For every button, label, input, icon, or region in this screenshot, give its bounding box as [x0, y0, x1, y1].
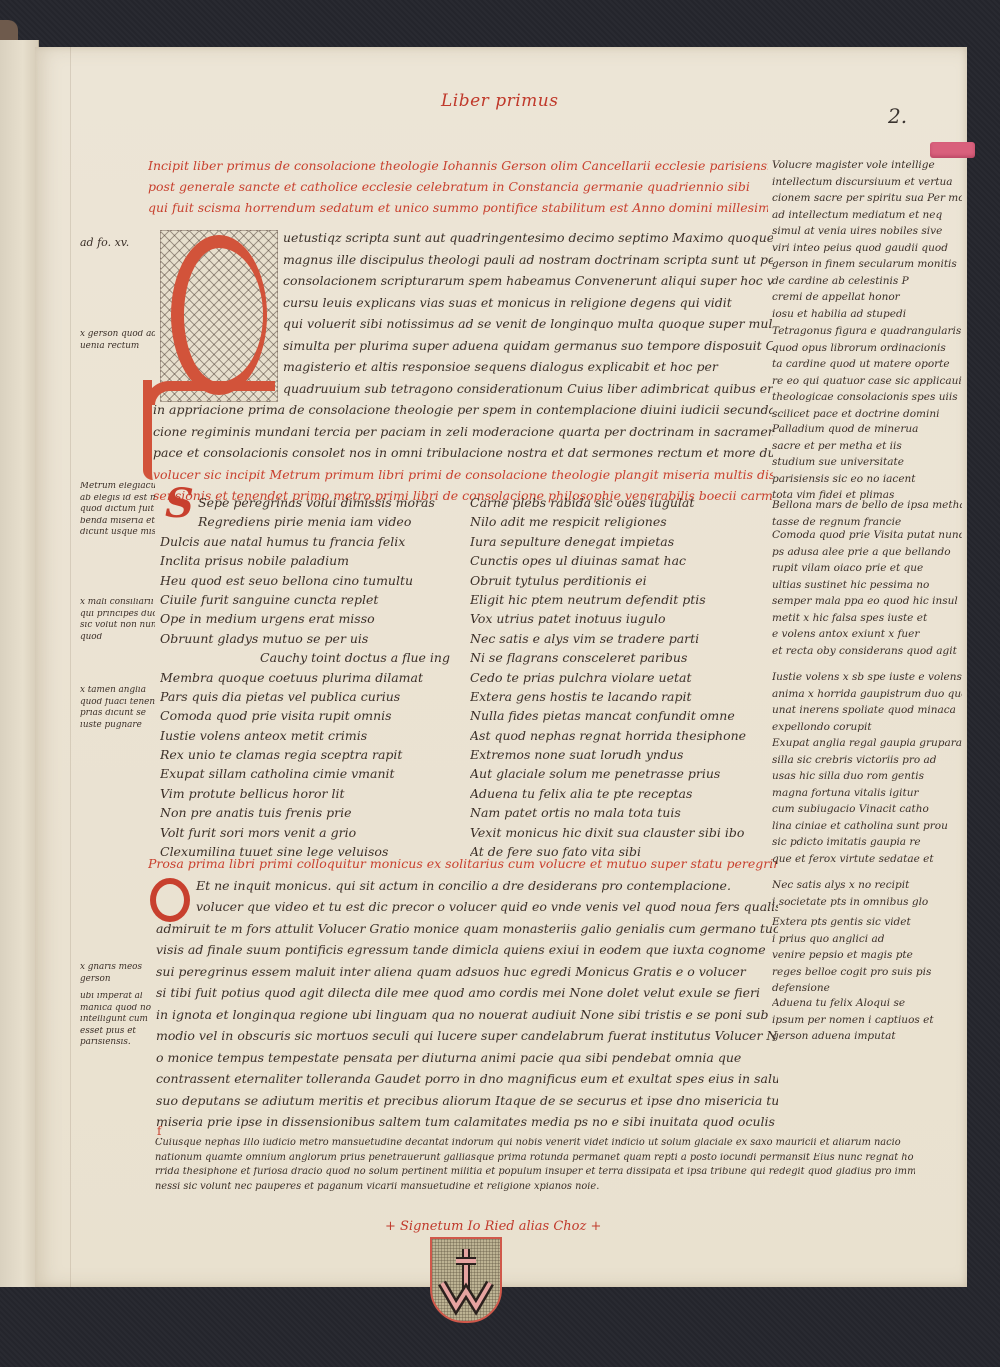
- margin-note-line: theologicae consolacionis spes uiis: [772, 392, 962, 409]
- verse-line: Iura sepulture denegat impietas: [470, 536, 770, 555]
- incipit-line: Incipit liber primus de consolacione the…: [148, 160, 768, 181]
- verse-line: Comoda quod prie visita rupit omnis: [160, 710, 450, 729]
- prosa-line: sui peregrinus essem maluit inter aliena…: [148, 966, 778, 988]
- verse-line: Obruunt gladys mutuo se per uis: [160, 633, 450, 652]
- margin-note-line: metit x hic falsa spes iuste et: [772, 613, 962, 630]
- verse-line: Exupat sillam catholina cimie vmanit: [160, 768, 450, 787]
- verse-line: Ciuile furit sanguine cuncta replet: [160, 594, 450, 613]
- margin-note-right: Extera pts gentis sic videt i prius quo …: [772, 917, 962, 1000]
- margin-note-line: iuste pugnare: [80, 721, 155, 733]
- margin-note-line: ad fo. xv.: [80, 237, 155, 249]
- margin-note-line: scilicet pace et doctrine domini: [772, 409, 962, 426]
- margin-note-line: quod fuaci tenent: [80, 698, 155, 710]
- prosa-line: si tibi fuit potius quod agit dilecta di…: [148, 987, 778, 1009]
- margin-note-line: Tetragonus figura e quadrangularis: [772, 326, 962, 343]
- margin-note-line: Comoda quod prie Visita putat nunc: [772, 530, 962, 547]
- prologue-line: uetustiqz scripta sunt aut quadringentes…: [283, 232, 773, 254]
- margin-note-right: Comoda quod prie Visita putat nunc ps ad…: [772, 530, 962, 662]
- margin-note-line: Bellona mars de bello de ipsa methaphas: [772, 500, 962, 517]
- margin-note-right: Bellona mars de bello de ipsa methaphas …: [772, 500, 962, 533]
- incipit-line: post generale sancte et catholice eccles…: [148, 181, 768, 202]
- margin-note-line: x gerson quod ad: [80, 330, 155, 342]
- prosa-line: admiruit te m fors attulit Volucer Grati…: [148, 923, 778, 945]
- bottom-gloss: Cuiusque nephas Illo iudicio metro mansu…: [155, 1138, 915, 1196]
- prosa-line: o monice tempus tempestate pensata per d…: [148, 1052, 778, 1074]
- margin-note-line: viri inteo peius quod gaudii quod: [772, 243, 962, 260]
- margin-note-left: x gerson quod ad uenia rectum: [80, 330, 155, 353]
- prosa-heading: Prosa prima libri primi colloquitur moni…: [148, 858, 778, 880]
- margin-note-line: Extera pts gentis sic videt: [772, 917, 962, 934]
- margin-note-line: ta cardine quod ut matere oporte: [772, 359, 962, 376]
- verse-line: Heu quod est seuo bellona cino tumultu: [160, 575, 450, 594]
- margin-note-line: quod dictum fuit pecest =: [80, 505, 155, 517]
- verse-line: Nam patet ortis no mala tota tuis: [470, 807, 770, 826]
- gloss-line: nationum quamte omnium anglorum prius pe…: [155, 1153, 915, 1168]
- margin-note-line: Nec satis alys x no recipit: [772, 880, 962, 897]
- verse-line: Ast quod nephas regnat horrida thesiphon…: [470, 730, 770, 749]
- verse-line: Ni se flagrans consceleret paribus: [470, 652, 770, 671]
- prologue-line: in appriacione prima de consolacione the…: [153, 404, 773, 426]
- verse-line: Nilo adit me respicit religiones: [470, 516, 770, 535]
- prologue-line: magnus ille discipulus theologi pauli ad…: [283, 254, 773, 276]
- prosa-line: modio vel in obscuris sic mortuos seculi…: [148, 1030, 778, 1052]
- verse-line: Aduena tu felix alia te pte receptas: [470, 788, 770, 807]
- margin-note-left: Metrum elegiacum ab elegis id est misia …: [80, 482, 155, 540]
- prosa-line: miseria prie ipse in dissensionibus salt…: [148, 1116, 778, 1138]
- margin-note-line: cum subiugacio Vinacit catho: [772, 804, 962, 821]
- margin-note-line: silla sic crebris victoriis pro ad: [772, 755, 962, 772]
- coat-of-arms-shield-icon: [430, 1237, 502, 1323]
- margin-note-line: benda miseria et io: [80, 517, 155, 529]
- margin-note-line: ipsum per nomen i captiuos et: [772, 1015, 962, 1032]
- margin-note-line: parisiensis sic eo no iacent: [772, 474, 962, 491]
- margin-note-line: unat inerens spoliate quod minaca: [772, 705, 962, 722]
- prologue-line: quadruuium sub tetragono considerationum…: [283, 383, 773, 405]
- margin-note-line: intellectum discursiuum et vertua: [772, 177, 962, 194]
- margin-note-line: i societate pts in omnibus glo: [772, 897, 962, 914]
- margin-note-right: Aduena tu felix Aloqui se ipsum per nome…: [772, 998, 962, 1048]
- margin-note-line: Palladium quod de minerua: [772, 424, 962, 441]
- incipit-rubric: Incipit liber primus de consolacione the…: [148, 160, 768, 223]
- verse-line: Cedo te prias pulchra violare uetat: [470, 672, 770, 691]
- verse-line: Volt furit sori mors venit a grio: [160, 827, 450, 846]
- margin-note-line: Metrum elegiacum: [80, 482, 155, 494]
- margin-note-line: ubi imperat al: [80, 992, 155, 1004]
- gloss-line: Cuiusque nephas Illo iudicio metro mansu…: [155, 1138, 915, 1153]
- verse-line: Rex unio te clamas regia sceptra rapit: [160, 749, 450, 768]
- margin-note-line: sacre et per metha et iis: [772, 441, 962, 458]
- prosa-line: volucer que video et tu est dic precor o…: [148, 901, 778, 923]
- prologue-line: consolacionem scripturarum spem habeamus…: [283, 275, 773, 297]
- margin-note-left: x gnaris meos gerson: [80, 963, 155, 986]
- margin-note-line: gerson aduena imputat: [772, 1031, 962, 1048]
- verse-line: Nec satis e alys vim se tradere parti: [470, 633, 770, 652]
- margin-note-line: quod: [80, 633, 155, 645]
- verse-line: Cauchy toint doctus a flue inguit: [160, 652, 450, 671]
- verse-line: Sepe peregrinas volui dimissis moras: [160, 497, 450, 516]
- margin-note-line: studium sue universitate: [772, 457, 962, 474]
- margin-note-line: x gnaris meos: [80, 963, 155, 975]
- margin-note-line: rupit vilam oiaco prie et que: [772, 563, 962, 580]
- margin-note-right: Volucre magister vole intellige intellec…: [772, 160, 962, 325]
- margin-note-line: cremi de appellat honor: [772, 292, 962, 309]
- verse-line: Ope in medium urgens erat misso: [160, 613, 450, 632]
- gloss-line: rrida thesiphone et furiosa dracio quod …: [155, 1167, 915, 1182]
- verse-line: Inclita prisus nobile paladium: [160, 555, 450, 574]
- margin-note-line: ps adusa alee prie a que bellando: [772, 547, 962, 564]
- margin-note-line: magna fortuna vitalis igitur: [772, 788, 962, 805]
- prologue-line: simulta per plurima super aduena quidam …: [283, 340, 773, 362]
- folio-number: 2.: [888, 104, 907, 128]
- prologue-text: uetustiqz scripta sunt aut quadringentes…: [283, 232, 773, 404]
- page-tab-marker[interactable]: [930, 142, 975, 158]
- margin-note-line: Aduena tu felix Aloqui se: [772, 998, 962, 1015]
- margin-note-line: ultias sustinet hic pessima no: [772, 580, 962, 597]
- margin-note-right: Nec satis alys x no recipit i societate …: [772, 880, 962, 913]
- verse-line: Cunctis opes ul diuinas samat hac: [470, 555, 770, 574]
- gloss-line: nessi sic volunt nec pauperes et paganum…: [155, 1182, 915, 1197]
- margin-note-line: manica quod no: [80, 1004, 155, 1016]
- prologue-line: magisterio et altis responsioe sequens d…: [283, 361, 773, 383]
- margin-note-line: de cardine ab celestinis P: [772, 276, 962, 293]
- margin-note-line: ab elegis id est misia: [80, 494, 155, 506]
- initial-q-bowl: [171, 235, 267, 395]
- margin-note-line: dicunt usque misie: [80, 528, 155, 540]
- margin-note-line: x mali consiliarii: [80, 598, 155, 610]
- margin-note-line: sic pdicto imitatis gaupia re: [772, 837, 962, 854]
- margin-note-line: semper mala ppa eo quod hic insul: [772, 596, 962, 613]
- verse-line: Obruit tytulus perditionis ei: [470, 575, 770, 594]
- verse-line: Vim protute bellicus horor lit: [160, 788, 450, 807]
- verse-line: Extremos none suat lorudh yndus: [470, 749, 770, 768]
- verse-line: Extera gens hostis te lacando rapit: [470, 691, 770, 710]
- incipit-line: qui fuit scisma horrendum sedatum et uni…: [148, 202, 768, 223]
- decorated-initial-q: [160, 230, 278, 402]
- margin-note-line: Iustie volens x sb spe iuste e volens: [772, 672, 962, 689]
- margin-note-line: quod opus librorum ordinacionis: [772, 343, 962, 360]
- verse-line: Dulcis aue natal humus tu francia felix: [160, 536, 450, 555]
- facing-page-edge: [0, 40, 39, 1287]
- verse-line: Nulla fides pietas mancat confundit omne: [470, 710, 770, 729]
- prosa-line: suo deputans se adiutum meritis et preci…: [148, 1095, 778, 1117]
- margin-note-line: Volucre magister vole intellige: [772, 160, 962, 177]
- margin-note-line: i prius quo anglici ad: [772, 934, 962, 951]
- margin-note-line: e volens antox exiunt x fuer: [772, 629, 962, 646]
- margin-note-line: gerson: [80, 975, 155, 987]
- prologue-line: qui voluerit sibi notissimus ad se venit…: [283, 318, 773, 340]
- verse-column-right: Carne plebs rabida sic oues iugulat Nilo…: [470, 497, 770, 865]
- margin-note-line: iosu et habilia ad stupedi: [772, 309, 962, 326]
- margin-note-line: intelligunt cum: [80, 1015, 155, 1027]
- verse-line: Membra quoque coetuus plurima dilamat: [160, 672, 450, 691]
- prosa-text: Prosa prima libri primi colloquitur moni…: [148, 858, 778, 1138]
- verse-line: Vexit monicus hic dixit sua clauster sib…: [470, 827, 770, 846]
- margin-note-line: Exupat anglia regal gaupia gruparas: [772, 738, 962, 755]
- margin-note-line: simul at venia uires nobiles sive: [772, 226, 962, 243]
- margin-note-left: x tamen anglia quod fuaci tenent prias d…: [80, 686, 155, 732]
- verse-line: Pars quis dia pietas vel publica curius: [160, 691, 450, 710]
- verse-line: Carne plebs rabida sic oues iugulat: [470, 497, 770, 516]
- running-head: Liber primus: [441, 91, 558, 111]
- verse-line: Vox utrius patet inotuus iugulo: [470, 613, 770, 632]
- margin-note-line: ad intellectum mediatum et neq: [772, 210, 962, 227]
- margin-note-left: x mali consiliarii qui principes ducunt …: [80, 598, 155, 644]
- margin-note-right: Iustie volens x sb spe iuste e volens an…: [772, 672, 962, 870]
- margin-note-line: lina ciniae et catholina sunt prou: [772, 821, 962, 838]
- margin-note-left: ubi imperat al manica quod no intelligun…: [80, 992, 155, 1050]
- margin-note-line: et recta oby considerans quod agit: [772, 646, 962, 663]
- margin-note-line: parisiensis.: [80, 1038, 155, 1050]
- margin-note-line: sic volut non nunc: [80, 621, 155, 633]
- verse-line: Eligit hic ptem neutrum defendit ptis: [470, 594, 770, 613]
- margin-note-line: uenia rectum: [80, 342, 155, 354]
- margin-note-left: ad fo. xv.: [80, 237, 155, 249]
- verse-line: Regrediens pirie menia iam video: [160, 516, 450, 535]
- prologue-line: pace et consolacionis consolet nos in om…: [153, 447, 773, 469]
- margin-note-line: usas hic silla duo rom gentis: [772, 771, 962, 788]
- metrum-rubric-line: volucer sic incipit Metrum primum libri …: [153, 469, 773, 491]
- verse-line: Iustie volens anteox metit crimis: [160, 730, 450, 749]
- margin-note-right: Palladium quod de minerua sacre et per m…: [772, 424, 962, 507]
- margin-note-line: venire pepsio et magis pte: [772, 950, 962, 967]
- prosa-line: in ignota et longinqua regione ubi lingu…: [148, 1009, 778, 1031]
- prosa-line: visis ad finale suum pontificis egressum…: [148, 944, 778, 966]
- prologue-line: cursu leuis explicans vias suas et monic…: [283, 297, 773, 319]
- margin-note-line: x tamen anglia: [80, 686, 155, 698]
- verse-line: Aut glaciale solum me penetrasse prius: [470, 768, 770, 787]
- initial-q-tail: [145, 381, 275, 405]
- margin-note-line: anima x horrida gaupistrum duo quod: [772, 689, 962, 706]
- ruling-line: [70, 47, 71, 1287]
- margin-note-line: gerson in finem secularum monitis: [772, 259, 962, 276]
- margin-note-line: expellondo corupit: [772, 722, 962, 739]
- prologue-line: cione regiminis mundani tercia per pacia…: [153, 426, 773, 448]
- margin-note-line: prias dicunt se: [80, 709, 155, 721]
- margin-note-line: cionem sacre per spiritu sua Per motu: [772, 193, 962, 210]
- prologue-text-full: in appriacione prima de consolacione the…: [153, 404, 773, 512]
- paragraph-mark-icon: f: [157, 1124, 161, 1138]
- verse-line: Non pre anatis tuis frenis prie: [160, 807, 450, 826]
- verse-column-left: Sepe peregrinas volui dimissis moras Reg…: [160, 497, 450, 865]
- prosa-line: Et ne inquit monicus. qui sit actum in c…: [148, 880, 778, 902]
- prosa-line: contrassent eternaliter tolleranda Gaude…: [148, 1073, 778, 1095]
- margin-note-line: esset pius et: [80, 1027, 155, 1039]
- margin-note-right: Tetragonus figura e quadrangularis quod …: [772, 326, 962, 425]
- margin-note-line: reges belloe cogit pro suis pis: [772, 967, 962, 984]
- margin-note-line: qui principes ducunt: [80, 610, 155, 622]
- owner-signature: + Signetum Io Ried alias Choz +: [385, 1219, 601, 1234]
- margin-note-line: que et ferox virtute sedatae et: [772, 854, 962, 871]
- margin-note-line: re eo qui quatuor case sic applicauit: [772, 376, 962, 393]
